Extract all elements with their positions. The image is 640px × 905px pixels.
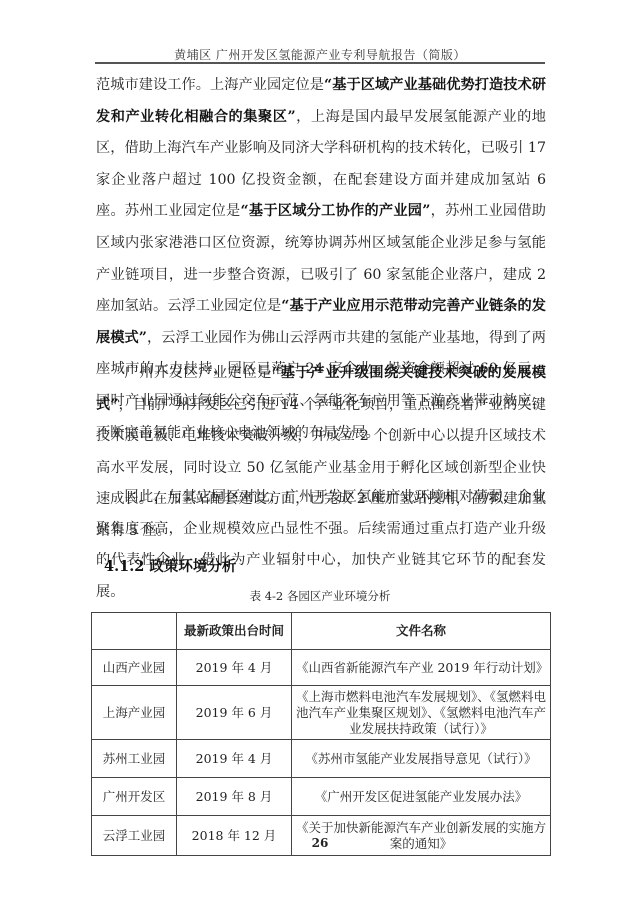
table-row: 广州开发区2019 年 8 月《广州开发区促进氢能产业发展办法》: [92, 778, 551, 816]
header-divider: [95, 62, 545, 64]
cell-date: 2019 年 4 月: [177, 650, 292, 686]
table-row: 苏州工业园2019 年 4 月《苏州市氢能产业发展指导意见（试行）》: [92, 740, 551, 778]
page-number: 26: [0, 836, 640, 850]
text-run: 范城市建设工作。上海产业园定位是: [96, 77, 324, 93]
table-header-row: 最新政策出台时间 文件名称: [92, 613, 551, 650]
table-caption: 表 4-2 各园区产业环境分析: [0, 588, 640, 604]
section-heading: 4.1.2 政策环境分析: [104, 555, 236, 576]
cell-document: 《上海市燃料电池汽车发展规划》、《氢燃料电池汽车产业集聚区规划》、《氢燃料电池汽…: [292, 686, 551, 740]
cell-park: 广州开发区: [92, 778, 177, 816]
text-run: 因此，与其它园区对比，广州开发区氢能产业环境相对薄弱，企业聚集度不高，企业规模效…: [96, 489, 546, 600]
policy-environment-table: 最新政策出台时间 文件名称 山西产业园2019 年 4 月《山西省新能源汽车产业…: [91, 612, 551, 856]
header-cell-document: 文件名称: [292, 613, 551, 650]
cell-park: 山西产业园: [92, 650, 177, 686]
running-header: 黄埔区 广州开发区氢能源产业专利导航报告（简版）: [0, 46, 640, 63]
emphasized-text: “基于区域分工协作的产业园”: [240, 203, 430, 219]
table-row: 上海产业园2019 年 6 月《上海市燃料电池汽车发展规划》、《氢燃料电池汽车产…: [92, 686, 551, 740]
cell-date: 2019 年 8 月: [177, 778, 292, 816]
cell-document: 《山西省新能源汽车产业 2019 年行动计划》: [292, 650, 551, 686]
table-row: 山西产业园2019 年 4 月《山西省新能源汽车产业 2019 年行动计划》: [92, 650, 551, 686]
cell-park: 上海产业园: [92, 686, 177, 740]
text-run: 广州开发区产业定位是: [124, 365, 272, 381]
header-cell-date: 最新政策出台时间: [177, 613, 292, 650]
cell-document: 《苏州市氢能产业发展指导意见（试行）》: [292, 740, 551, 778]
cell-park: 苏州工业园: [92, 740, 177, 778]
cell-document: 《广州开发区促进氢能产业发展办法》: [292, 778, 551, 816]
cell-date: 2019 年 6 月: [177, 686, 292, 740]
cell-date: 2019 年 4 月: [177, 740, 292, 778]
header-cell-park: [92, 613, 177, 650]
